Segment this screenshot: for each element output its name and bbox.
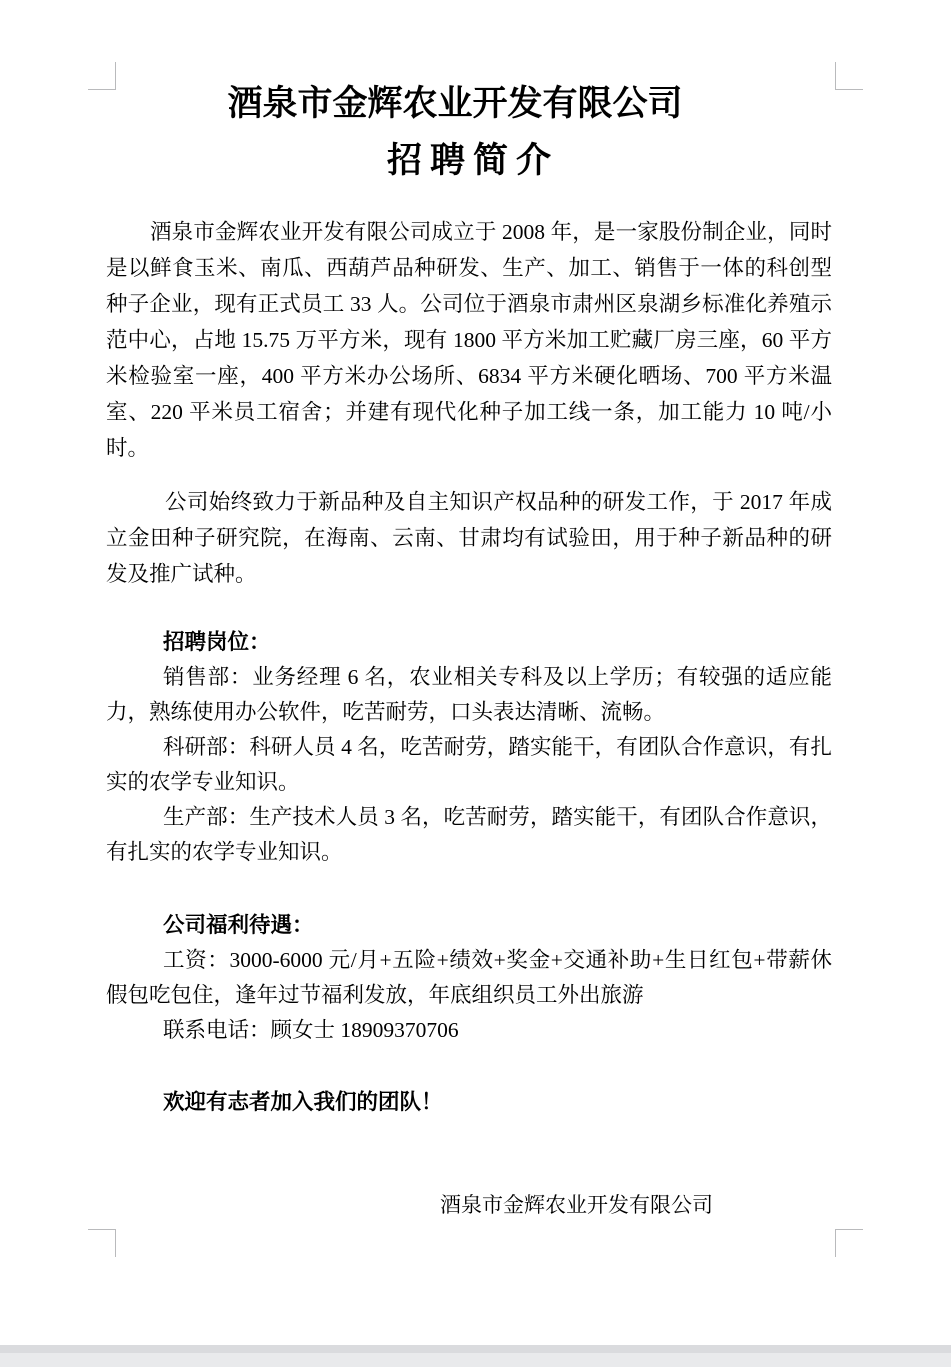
company-title: 酒泉市金辉农业开发有限公司 [106, 79, 804, 129]
margin-crop-mark-bottom-right [835, 1229, 863, 1257]
job-sales-paragraph: 销售部：业务经理 6 名，农业相关专科及以上学历；有较强的适应能力，熟练使用办公… [106, 660, 832, 730]
document-subtitle: 招聘简介 [106, 137, 832, 185]
recruit-positions-heading: 招聘岗位： [106, 624, 832, 660]
document-content: 酒泉市金辉农业开发有限公司 招聘简介 酒泉市金辉农业开发有限公司成立于 2008… [106, 0, 832, 1223]
welfare-salary-paragraph: 工资：3000-6000 元/月+五险+绩效+奖金+交通补助+生日红包+带薪休假… [106, 943, 832, 1013]
signature-company-name: 酒泉市金辉农业开发有限公司 [106, 1187, 832, 1223]
page-bottom-shadow-light [0, 1353, 951, 1367]
margin-crop-mark-top-right [835, 62, 863, 90]
page-bottom-shadow-dark [0, 1345, 951, 1353]
document-page: 酒泉市金辉农业开发有限公司 招聘简介 酒泉市金辉农业开发有限公司成立于 2008… [0, 0, 951, 1367]
closing-line: 欢迎有志者加入我们的团队！ [106, 1084, 832, 1120]
margin-crop-mark-bottom-left [88, 1229, 116, 1257]
job-production-paragraph: 生产部：生产技术人员 3 名，吃苦耐劳，踏实能干，有团队合作意识，有扎实的农学专… [106, 800, 832, 870]
intro-paragraph-2: 公司始终致力于新品种及自主知识产权品种的研发工作，于 2017 年成立金田种子研… [106, 484, 832, 592]
contact-phone-line: 联系电话：顾女士 18909370706 [106, 1013, 832, 1048]
intro-paragraph-1: 酒泉市金辉农业开发有限公司成立于 2008 年，是一家股份制企业，同时是以鲜食玉… [106, 214, 832, 466]
page-bottom-shadow [0, 1345, 951, 1367]
welfare-heading: 公司福利待遇： [106, 907, 832, 943]
job-research-paragraph: 科研部：科研人员 4 名，吃苦耐劳，踏实能干，有团队合作意识，有扎实的农学专业知… [106, 730, 832, 800]
